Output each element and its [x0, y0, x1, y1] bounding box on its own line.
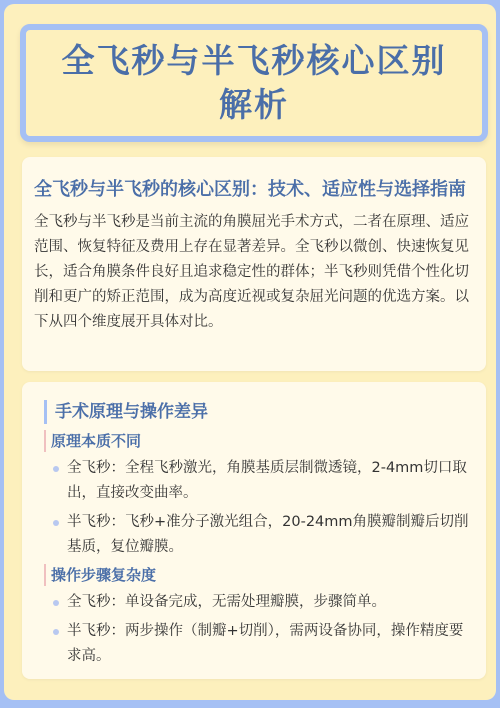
- section-heading: 手术原理与操作差异: [44, 400, 474, 424]
- list-item-text: 全飞秒：单设备完成，无需处理瓣膜，步骤简单。: [67, 594, 386, 610]
- subsection-heading: 原理本质不同: [44, 430, 474, 452]
- subsection-heading: 操作步骤复杂度: [44, 564, 474, 586]
- bullet-list: 全飞秒：全程飞秒激光，角膜基质层制微透镜，2-4mm切口取出，直接改变曲率。 半…: [34, 456, 474, 560]
- list-item: 半飞秒：飞秒+准分子激光组合，20-24mm角膜瓣制瓣后切削基质，复位瓣膜。: [34, 510, 474, 560]
- page-frame: 全飞秒与半飞秒核心区别解析 全飞秒与半飞秒的核心区别：技术、适应性与选择指南 全…: [4, 4, 496, 700]
- intro-body: 全飞秒与半飞秒是当前主流的角膜屈光手术方式，二者在原理、适应范围、恢复特征及费用…: [34, 210, 474, 335]
- bullet-dot-icon: [53, 629, 59, 635]
- bullet-dot-icon: [53, 520, 59, 526]
- list-item: 半飞秒：两步操作（制瓣+切削），需两设备协同，操作精度要求高。: [34, 619, 474, 669]
- list-item-text: 半飞秒：飞秒+准分子激光组合，20-24mm角膜瓣制瓣后切削基质，复位瓣膜。: [67, 514, 469, 555]
- intro-card: 全飞秒与半飞秒的核心区别：技术、适应性与选择指南 全飞秒与半飞秒是当前主流的角膜…: [22, 157, 486, 371]
- list-item-text: 半飞秒：两步操作（制瓣+切削），需两设备协同，操作精度要求高。: [67, 623, 463, 664]
- list-item: 全飞秒：单设备完成，无需处理瓣膜，步骤简单。: [34, 590, 474, 615]
- section-card: 手术原理与操作差异 原理本质不同 全飞秒：全程飞秒激光，角膜基质层制微透镜，2-…: [22, 382, 486, 679]
- list-item: 全飞秒：全程飞秒激光，角膜基质层制微透镜，2-4mm切口取出，直接改变曲率。: [34, 456, 474, 506]
- bullet-dot-icon: [53, 600, 59, 606]
- intro-heading: 全飞秒与半飞秒的核心区别：技术、适应性与选择指南: [34, 177, 474, 202]
- list-item-text: 全飞秒：全程飞秒激光，角膜基质层制微透镜，2-4mm切口取出，直接改变曲率。: [67, 460, 467, 501]
- bullet-list: 全飞秒：单设备完成，无需处理瓣膜，步骤简单。 半飞秒：两步操作（制瓣+切削），需…: [34, 590, 474, 669]
- title-banner: 全飞秒与半飞秒核心区别解析: [20, 24, 488, 142]
- page-title: 全飞秒与半飞秒核心区别解析: [50, 39, 458, 127]
- bullet-dot-icon: [53, 466, 59, 472]
